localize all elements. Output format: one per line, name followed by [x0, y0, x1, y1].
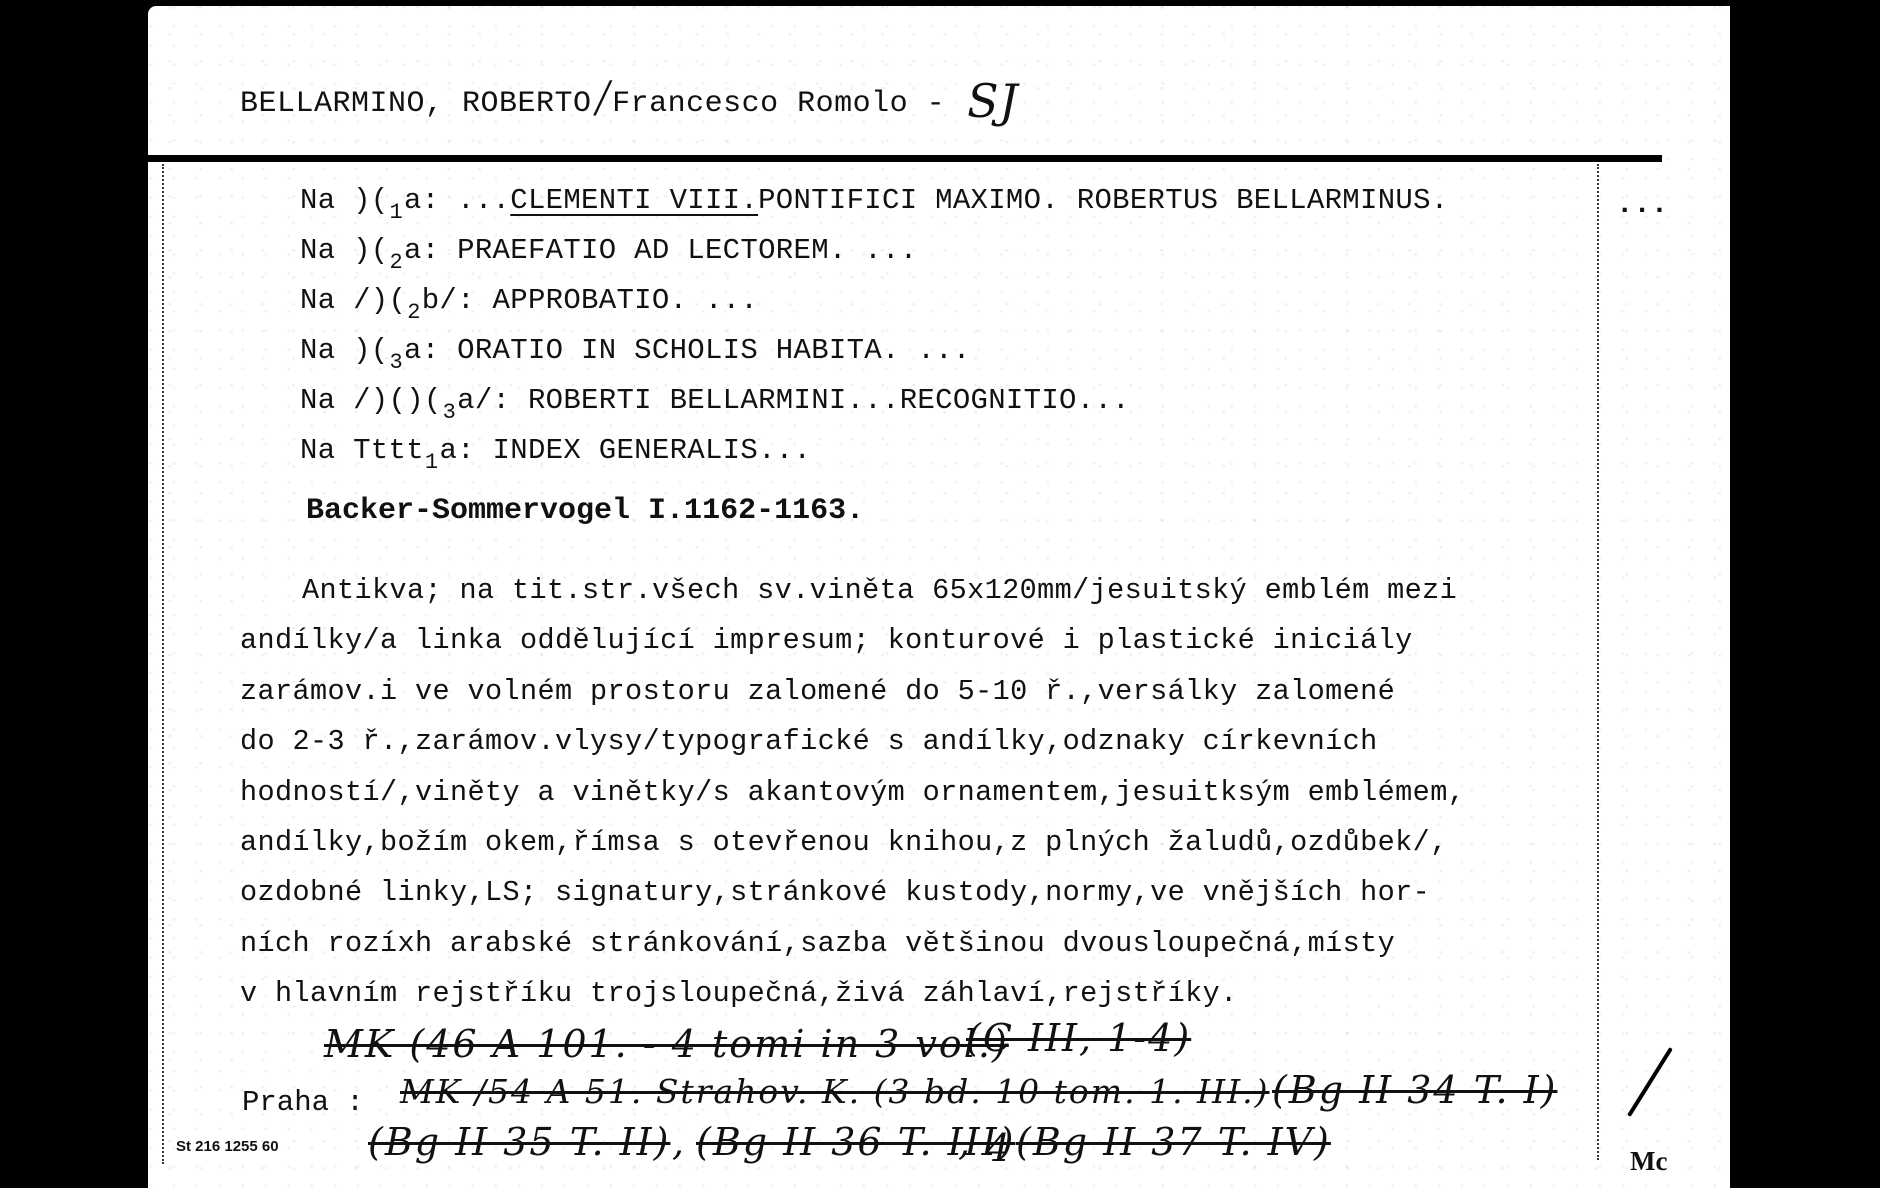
- description-line: Antikva; na tit.str.všech sv.viněta 65x1…: [240, 566, 1600, 616]
- cataloger-initials: Mc: [1630, 1146, 1667, 1177]
- signature-number: 1: [390, 200, 404, 225]
- heading-slash: /: [589, 77, 615, 131]
- signature-prefix: Na /)()(: [300, 384, 442, 417]
- signature-prefix: Na )(: [300, 184, 389, 217]
- entry-title: ORATIO IN SCHOLIS HABITA. ...: [457, 334, 970, 367]
- description-line: andílky/a linka oddělující impresum; kon…: [240, 616, 1600, 666]
- entry-title: APPROBATIO. ...: [493, 284, 759, 317]
- entry-title: INDEX GENERALIS...: [493, 434, 812, 467]
- holding-note: (C III, 1-4): [966, 1016, 1191, 1060]
- signature-entry: Na )(1a: ...CLEMENTI VIII.PONTIFICI MAXI…: [300, 184, 1449, 225]
- signature-suffix: b/:: [422, 284, 493, 317]
- signature-entry: Na Tttt1a: INDEX GENERALIS...: [300, 434, 811, 475]
- entry-title: PRAEFATIO AD LECTOREM. ...: [457, 234, 917, 267]
- header-rule: [148, 155, 1662, 162]
- separator: ,: [958, 1120, 972, 1164]
- holding-note: MK (46 A 101. - 4 tomi in 3 vol.): [324, 1022, 1009, 1066]
- signature-number: 2: [390, 250, 404, 275]
- author-given-names: Francesco Romolo -: [612, 87, 945, 121]
- holding-note: (Bg II 34 T. I): [1272, 1068, 1557, 1112]
- signature-suffix: a:: [404, 234, 457, 267]
- entry-tail: ...: [1616, 188, 1668, 221]
- signature-prefix: Na Tttt: [300, 434, 424, 467]
- description-line: ních rozíxh arabské stránkování,sazba vě…: [240, 919, 1600, 969]
- description-line: v hlavním rejstříku trojsloupečná,živá z…: [240, 969, 1600, 1019]
- entry-title-underlined: CLEMENTI VIII.: [510, 184, 758, 217]
- signature-prefix: Na /)(: [300, 284, 406, 317]
- description-paragraph: Antikva; na tit.str.všech sv.viněta 65x1…: [240, 566, 1600, 1020]
- description-line: zarámov.i ve volném prostoru zalomené do…: [240, 667, 1600, 717]
- signature-entry: Na /)()(3a/: ROBERTI BELLARMINI...RECOGN…: [300, 384, 1130, 425]
- separator: ,: [672, 1120, 686, 1164]
- signature-number: 3: [390, 350, 404, 375]
- volume-count: 4: [986, 1126, 1012, 1170]
- location-label: Praha :: [242, 1086, 364, 1119]
- signature-number: 3: [443, 400, 457, 425]
- entry-title: PONTIFICI MAXIMO. ROBERTUS BELLARMINUS.: [758, 184, 1448, 217]
- signature-suffix: a/:: [457, 384, 528, 417]
- left-margin-line: [162, 164, 164, 1164]
- holding-note: (Bg II 37 T. IV): [1016, 1120, 1331, 1164]
- signature-entry: Na )(3a: ORATIO IN SCHOLIS HABITA. ...: [300, 334, 971, 375]
- author-surname: BELLARMINO, ROBERTO: [240, 87, 592, 121]
- signature-number: 2: [407, 300, 421, 325]
- entry-title: ROBERTI BELLARMINI...RECOGNITIO...: [528, 384, 1130, 417]
- holding-note: (Bg II 35 T. II): [368, 1120, 670, 1164]
- description-line: do 2-3 ř.,zarámov.vlysy/typografické s a…: [240, 717, 1600, 767]
- description-line: hodností/,viněty a vinětky/s akantovým o…: [240, 768, 1600, 818]
- description-line: andílky,božím okem,římsa s otevřenou kni…: [240, 818, 1600, 868]
- signature-prefix: Na )(: [300, 234, 389, 267]
- signature-suffix: a:: [404, 334, 457, 367]
- signature-suffix: a: ...: [404, 184, 510, 217]
- description-line: ozdobné linky,LS; signatury,stránkové ku…: [240, 868, 1600, 918]
- signature-prefix: Na )(: [300, 334, 389, 367]
- signature-entry: Na )(2a: PRAEFATIO AD LECTOREM. ...: [300, 234, 917, 275]
- signature-entry: Na /)(2b/: APPROBATIO. ...: [300, 284, 758, 325]
- signature-number: 1: [425, 450, 439, 475]
- holding-note: MK /54 A 51. Strahov. K. (3 bd. 10 tom. …: [400, 1072, 1270, 1111]
- card-heading: BELLARMINO, ROBERTO/Francesco Romolo -SJ: [240, 68, 1018, 122]
- catalog-card: BELLARMINO, ROBERTO/Francesco Romolo -SJ…: [148, 6, 1730, 1188]
- order-mark: SJ: [967, 74, 1018, 128]
- check-mark-icon: [1627, 1047, 1673, 1117]
- bibliographic-reference: Backer-Sommervogel I.1162-1163.: [306, 494, 864, 528]
- print-code: St 216 1255 60: [176, 1138, 279, 1155]
- signature-suffix: a:: [439, 434, 492, 467]
